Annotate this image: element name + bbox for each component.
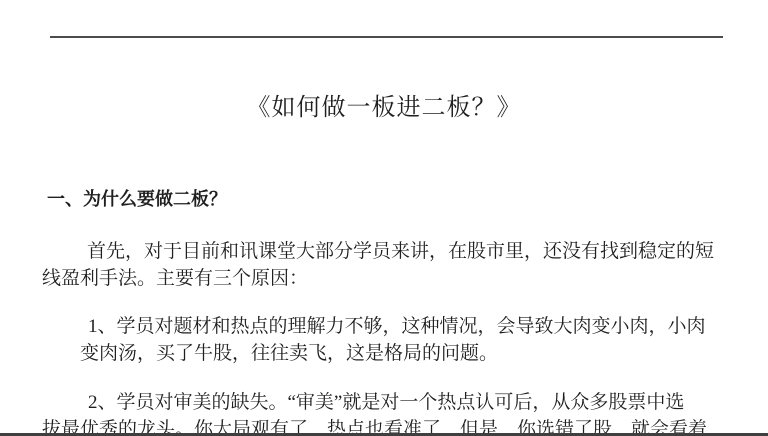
paragraph-reason-1: 1、学员对题材和热点的理解力不够，这种情况，会导致大肉变小肉，小肉 变肉汤，买了… [42,313,726,367]
paragraph-reason-2: 2、学员对审美的缺失。“审美”就是对一个热点认可后，从众多股票中选 拔最优秀的龙… [42,389,726,436]
document-page: 《如何做一板进二板？》 一、为什么要做二板？ 首先，对于目前和讯课堂大部分学员来… [0,0,768,436]
paragraph-intro: 首先，对于目前和讯课堂大部分学员来讲，在股市里，还没有找到稳定的短 线盈利手法。… [42,238,726,292]
document-title: 《如何做一板进二板？》 [0,92,768,125]
section-heading: 一、为什么要做二板？ [47,187,227,212]
header-rule [50,36,723,38]
